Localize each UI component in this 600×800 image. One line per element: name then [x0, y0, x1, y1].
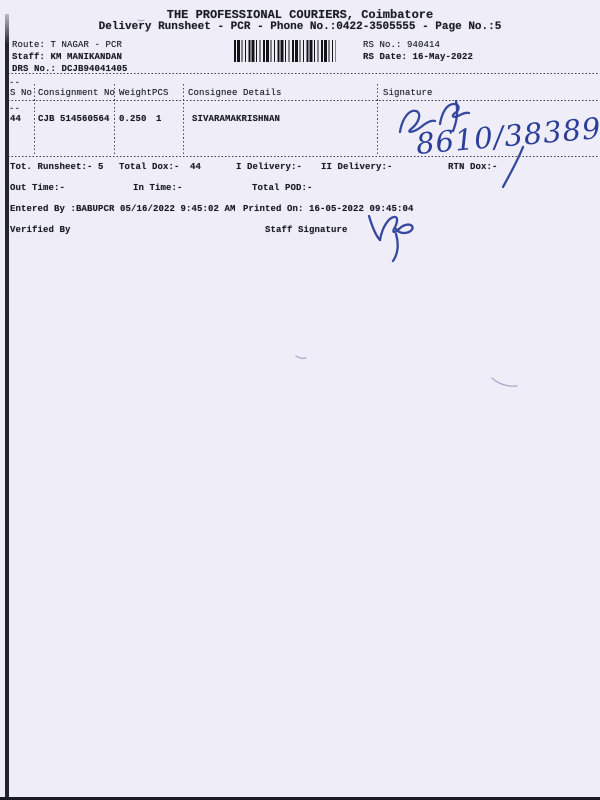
dash-marker-row: -- — [9, 104, 20, 114]
route-info: Route: T NAGAR - PCR — [12, 40, 122, 50]
verified-by-label: Verified By — [10, 225, 71, 235]
total-pod-label: Total POD:- — [252, 183, 313, 193]
runsheet-subtitle: Delivery Runsheet - PCR - Phone No.:0422… — [0, 21, 600, 33]
rs-date: RS Date: 16-May-2022 — [363, 52, 473, 62]
column-header-weight: Weight — [119, 88, 152, 98]
staff-info: Staff: KM MANIKANDAN — [12, 52, 122, 62]
staff-signature-scribble-2 — [380, 217, 413, 240]
table-row-cell-consignment-no: CJB 514560564 — [38, 114, 110, 124]
out-time-label: Out Time:- — [10, 183, 65, 193]
pod-number-tail-stroke — [503, 147, 523, 187]
table-column-divider-3 — [183, 84, 184, 156]
scan-left-edge-artifact — [5, 14, 9, 800]
in-time-label: In Time:- — [133, 183, 183, 193]
column-header-consignee: Consignee Details — [188, 88, 282, 98]
dotted-separator-bottom — [8, 156, 598, 158]
consignee-signature-scribble-3 — [453, 101, 457, 131]
table-row-cell-sno: 44 — [10, 114, 21, 124]
scan-speck-1 — [296, 356, 306, 358]
column-header-consignment-no: Consignment No — [38, 88, 115, 98]
rtn-dox-label: RTN Dox:- — [448, 162, 498, 172]
rs-number: RS No.: 940414 — [363, 40, 440, 50]
printed-on-info: Printed On: 16-05-2022 09:45:04 — [243, 204, 414, 214]
scan-speck-2 — [492, 378, 517, 386]
barcode — [234, 40, 336, 62]
column-header-sno: S No — [10, 88, 32, 98]
tot-runsheet-value: 5 — [98, 162, 104, 172]
consignee-signature-scribble-2 — [440, 104, 469, 124]
total-dox-label: Total Dox:- — [119, 162, 180, 172]
tot-runsheet-label: Tot. Runsheet:- — [10, 162, 93, 172]
column-header-signature: Signature — [383, 88, 433, 98]
table-row-cell-consignee: SIVARAMAKRISHNAN — [192, 114, 280, 124]
ii-delivery-label: II Delivery:- — [321, 162, 393, 172]
table-column-divider-1 — [34, 84, 35, 156]
column-header-pcs: PCS — [152, 88, 169, 98]
i-delivery-label: I Delivery:- — [236, 162, 302, 172]
scanned-delivery-runsheet-page: THE PROFESSIONAL COURIERS, Coimbatore De… — [0, 0, 600, 800]
staff-signature-label: Staff Signature — [265, 225, 348, 235]
pod-number-handwritten: 8610/38389 — [415, 111, 600, 161]
table-column-divider-4 — [377, 84, 378, 156]
consignee-signature-scribble — [400, 111, 435, 132]
entered-by-info: Entered By :BABUPCR 05/16/2022 9:45:02 A… — [10, 204, 236, 214]
staff-signature-scribble — [369, 216, 380, 240]
staff-signature-tail-stroke — [393, 234, 398, 261]
table-row-cell-pcs: 1 — [156, 114, 162, 124]
total-dox-value: 44 — [190, 162, 201, 172]
table-row-cell-weight: 0.250 — [119, 114, 147, 124]
dash-marker-top: -- — [9, 78, 20, 88]
dotted-separator-header — [8, 100, 598, 102]
dotted-separator-top — [8, 73, 598, 75]
company-title: THE PROFESSIONAL COURIERS, Coimbatore — [0, 8, 600, 22]
